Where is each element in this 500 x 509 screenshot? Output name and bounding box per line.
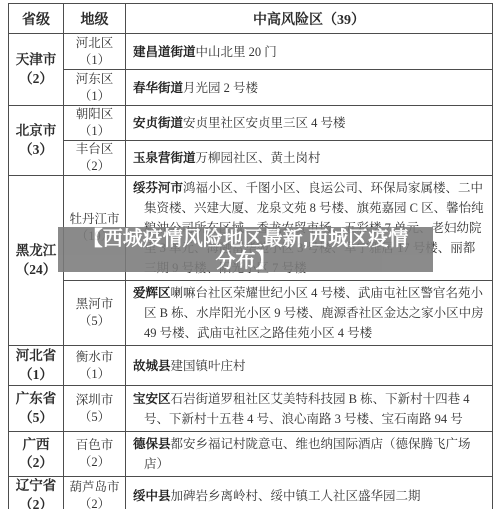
risk-area-cell: 绥芬河市鸿福小区、千图小区、良运公司、环保局家属楼、二中集资楼、兴建大厦、龙泉文…	[126, 176, 493, 281]
province-name: 辽宁省	[11, 477, 61, 495]
risk-area-text: 月光园 2 号楼	[183, 81, 258, 95]
province-cell-beijing: 北京市 （3）	[9, 106, 64, 176]
risk-area-cell: 春华街道月光园 2 号楼	[126, 70, 493, 106]
prefecture-count: （1）	[66, 366, 123, 383]
risk-area-cell: 爱辉区喇嘛台社区荣耀世纪小区 4 号楼、武庙屯社区警官名苑小区 B 栋、水岸阳光…	[126, 281, 493, 346]
prefecture-cell: 河东区 （1）	[64, 70, 126, 106]
province-cell-liaoning: 辽宁省 （2）	[9, 477, 64, 509]
table-row: 广东省 （5） 深圳市 （5） 宝安区石岩街道罗租社区艾美特科技园 B 栋、下新…	[9, 386, 493, 432]
prefecture-count: （1）	[66, 123, 123, 140]
risk-area-text: 喇嘛台社区荣耀世纪小区 4 号楼、武庙屯社区警官名苑小区 B 栋、水岸阳光小区 …	[144, 286, 484, 340]
province-count: （5）	[11, 409, 61, 427]
risk-area-text: 中山北里 20 门	[196, 45, 277, 59]
risk-area-text: 万柳园社区、黄土岗村	[196, 151, 321, 165]
prefecture-name: 黑河市	[66, 296, 123, 313]
prefecture-count: （19）	[66, 228, 123, 245]
prefecture-count: （2）	[66, 496, 123, 509]
province-cell-hebei: 河北省 （1）	[9, 346, 64, 386]
province-cell-guangdong: 广东省 （5）	[9, 386, 64, 432]
risk-area-text: 鸿福小区、千图小区、良运公司、环保局家属楼、二中集资楼、兴建大厦、龙泉文苑 8 …	[144, 181, 484, 275]
risk-area-cell: 绥中县加碑岩乡离岭村、绥中镇工人社区盛华园二期	[126, 477, 493, 509]
table-row: 河北省 （1） 衡水市 （1） 故城县建国镇叶庄村	[9, 346, 493, 386]
prefecture-cell: 百色市 （2）	[64, 432, 126, 477]
risk-area-text: 石岩街道罗租社区艾美特科技园 B 栋、下新村十四巷 4 号、下新村十五巷 4 号…	[144, 392, 469, 426]
prefecture-cell: 朝阳区 （1）	[64, 106, 126, 141]
table-row: 黑河市 （5） 爱辉区喇嘛台社区荣耀世纪小区 4 号楼、武庙屯社区警官名苑小区 …	[9, 281, 493, 346]
prefecture-name: 朝阳区	[66, 106, 123, 123]
prefecture-name: 衡水市	[66, 349, 123, 366]
prefecture-count: （2）	[66, 158, 123, 175]
table-row: 广西（2） 百色市 （2） 德保县都安乡福记村陇意屯、维也纳国际酒店（德保腾飞广…	[9, 432, 493, 477]
risk-area-cell: 宝安区石岩街道罗租社区艾美特科技园 B 栋、下新村十四巷 4 号、下新村十五巷 …	[126, 386, 493, 432]
table-row: 黑龙江 （24） 牡丹江市 （19） 绥芬河市鸿福小区、千图小区、良运公司、环保…	[9, 176, 493, 281]
prefecture-cell: 黑河市 （5）	[64, 281, 126, 346]
table-header-row: 省级 地级 中高风险区（39）	[9, 4, 493, 34]
prefecture-name: 葫芦岛市	[66, 479, 123, 496]
risk-area-lead: 爱辉区	[133, 286, 171, 300]
risk-area-cell: 故城县建国镇叶庄村	[126, 346, 493, 386]
prefecture-name: 百色市	[66, 437, 123, 454]
province-name: 广东省	[11, 390, 61, 408]
table-row: 丰台区 （2） 玉泉营街道万柳园社区、黄土岗村	[9, 141, 493, 176]
table-row: 北京市 （3） 朝阳区 （1） 安贞街道安贞里社区安贞里三区 4 号楼	[9, 106, 493, 141]
prefecture-count: （1）	[66, 88, 123, 105]
prefecture-name: 河东区	[66, 71, 123, 88]
risk-area-lead: 宝安区	[133, 392, 171, 406]
prefecture-cell: 深圳市 （5）	[64, 386, 126, 432]
prefecture-cell: 葫芦岛市 （2）	[64, 477, 126, 509]
province-count: （2）	[19, 455, 53, 470]
risk-area-cell: 安贞街道安贞里社区安贞里三区 4 号楼	[126, 106, 493, 141]
province-count: （2）	[11, 70, 61, 88]
risk-area-lead: 安贞街道	[133, 116, 183, 130]
province-cell-heilongjiang: 黑龙江 （24）	[9, 176, 64, 346]
risk-area-text: 都安乡福记村陇意屯、维也纳国际酒店（德保腾飞广场店）	[144, 437, 471, 471]
risk-area-text: 加碑岩乡离岭村、绥中镇工人社区盛华园二期	[171, 489, 421, 503]
col-header-province: 省级	[9, 4, 64, 34]
prefecture-name: 河北区	[66, 35, 123, 52]
prefecture-count: （5）	[66, 313, 123, 330]
province-name: 天津市	[11, 51, 61, 69]
prefecture-count: （5）	[66, 409, 123, 426]
col-header-prefecture: 地级	[64, 4, 126, 34]
risk-area-text: 安贞里社区安贞里三区 4 号楼	[183, 116, 346, 130]
province-cell-tianjin: 天津市 （2）	[9, 34, 64, 106]
risk-area-lead: 玉泉营街道	[133, 151, 196, 165]
province-name: 河北省	[11, 347, 61, 365]
prefecture-cell: 河北区 （1）	[64, 34, 126, 70]
province-name: 广西	[23, 437, 50, 452]
risk-area-table: 省级 地级 中高风险区（39） 天津市 （2） 河北区 （1） 建昌道街道中山北…	[8, 3, 493, 509]
document-page: 省级 地级 中高风险区（39） 天津市 （2） 河北区 （1） 建昌道街道中山北…	[0, 0, 500, 509]
province-count: （1）	[11, 366, 61, 384]
col-header-risk-areas: 中高风险区（39）	[126, 4, 493, 34]
risk-area-lead: 春华街道	[133, 81, 183, 95]
prefecture-name: 牡丹江市	[66, 211, 123, 228]
prefecture-name: 深圳市	[66, 392, 123, 409]
risk-area-cell: 玉泉营街道万柳园社区、黄土岗村	[126, 141, 493, 176]
risk-area-cell: 德保县都安乡福记村陇意屯、维也纳国际酒店（德保腾飞广场店）	[126, 432, 493, 477]
province-name: 北京市	[11, 122, 61, 140]
table-row: 辽宁省 （2） 葫芦岛市 （2） 绥中县加碑岩乡离岭村、绥中镇工人社区盛华园二期	[9, 477, 493, 509]
province-count: （24）	[11, 261, 61, 279]
risk-area-lead: 故城县	[133, 359, 171, 373]
risk-area-lead: 德保县	[133, 437, 171, 451]
table-row: 天津市 （2） 河北区 （1） 建昌道街道中山北里 20 门	[9, 34, 493, 70]
risk-area-lead: 建昌道街道	[133, 45, 196, 59]
province-count: （2）	[11, 496, 61, 509]
province-cell-guangxi: 广西（2）	[9, 432, 64, 477]
province-name: 黑龙江	[11, 242, 61, 260]
prefecture-cell: 牡丹江市 （19）	[64, 176, 126, 281]
risk-area-text: 建国镇叶庄村	[171, 359, 246, 373]
risk-area-lead: 绥芬河市	[133, 181, 183, 195]
prefecture-name: 丰台区	[66, 141, 123, 158]
table-row: 河东区 （1） 春华街道月光园 2 号楼	[9, 70, 493, 106]
risk-area-lead: 绥中县	[133, 489, 171, 503]
prefecture-count: （2）	[66, 454, 123, 471]
province-count: （3）	[11, 141, 61, 159]
prefecture-cell: 丰台区 （2）	[64, 141, 126, 176]
prefecture-cell: 衡水市 （1）	[64, 346, 126, 386]
prefecture-count: （1）	[66, 52, 123, 69]
risk-area-cell: 建昌道街道中山北里 20 门	[126, 34, 493, 70]
